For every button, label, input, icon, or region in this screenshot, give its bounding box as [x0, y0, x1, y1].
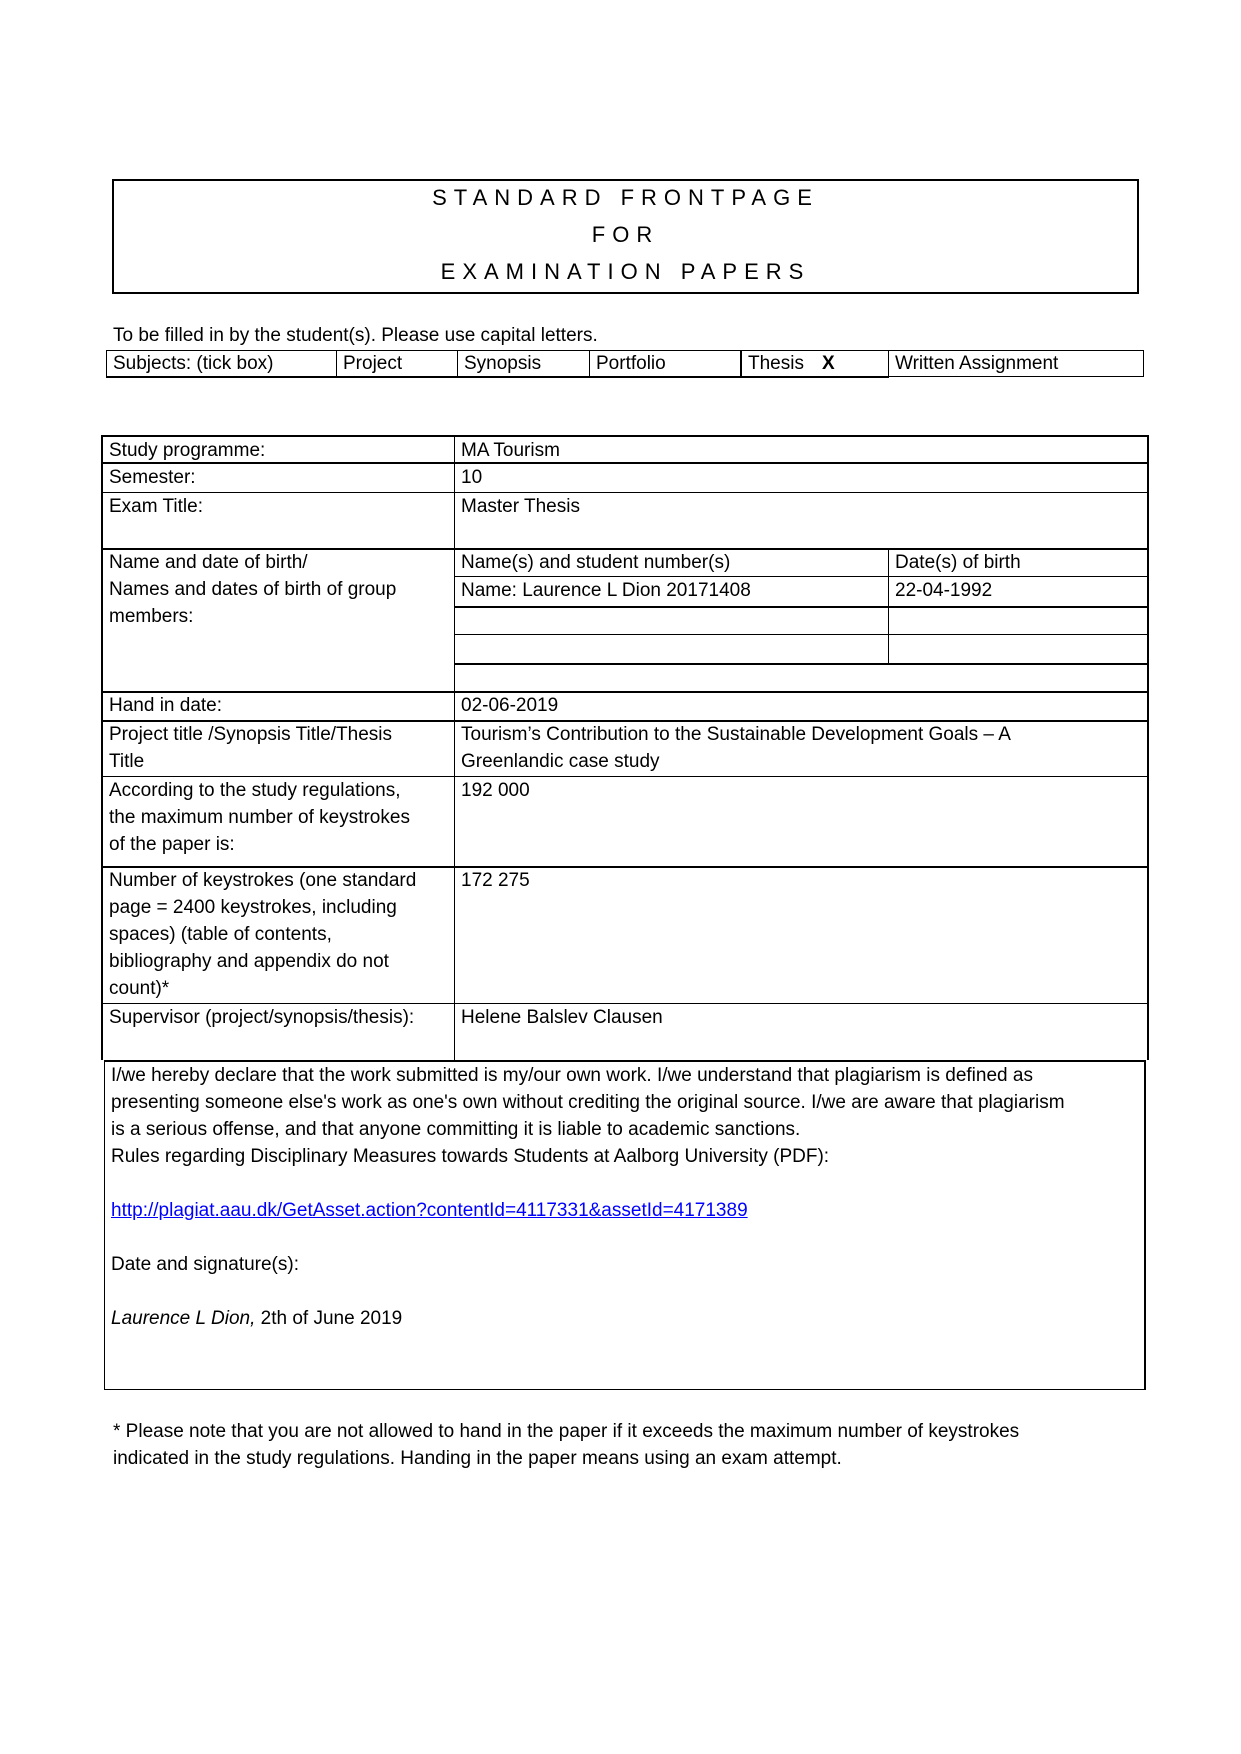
subjects-label: Subjects: (tick box)	[106, 350, 337, 378]
declaration-line-1: I/we hereby declare that the work submit…	[111, 1062, 1033, 1089]
tick-mark: X	[822, 353, 835, 374]
supervisor-value[interactable]: Helene Balslev Clausen	[455, 1004, 669, 1031]
intro-instructions: To be filled in by the student(s). Pleas…	[113, 322, 598, 349]
subject-option-portfolio[interactable]: Portfolio	[589, 350, 741, 378]
member-dob-1[interactable]: 22-04-1992	[889, 577, 998, 604]
title-line-1: STANDARD FRONTPAGE	[114, 183, 1137, 213]
subject-option-label: Project	[343, 353, 402, 374]
signature-label: Date and signature(s):	[111, 1251, 299, 1278]
signature-date: 2th of June 2019	[255, 1308, 402, 1329]
semester-value[interactable]: 10	[455, 464, 488, 491]
declaration-line-4: Rules regarding Disciplinary Measures to…	[111, 1143, 829, 1170]
hand-in-date-value[interactable]: 02-06-2019	[455, 692, 564, 719]
subject-option-thesis[interactable]: ThesisX	[740, 350, 889, 378]
member-name-3[interactable]	[455, 635, 888, 662]
subject-option-label: Synopsis	[464, 353, 541, 374]
exam-details-table: Study programme: MA Tourism Semester: 10…	[101, 435, 1149, 1060]
num-keystrokes-label-line-4: bibliography and appendix do not	[103, 948, 395, 975]
signature-line: Laurence L Dion, 2th of June 2019	[111, 1305, 402, 1332]
study-programme-value[interactable]: MA Tourism	[455, 437, 566, 464]
declaration-box: I/we hereby declare that the work submit…	[104, 1060, 1146, 1390]
title-line-2: FOR	[114, 220, 1137, 250]
members-col-names-header: Name(s) and student number(s)	[455, 549, 736, 576]
member-name-1[interactable]: Name: Laurence L Dion 20171408	[455, 577, 757, 604]
member-dob-3[interactable]	[889, 635, 1149, 662]
project-title-value-line-1[interactable]: Tourism’s Contribution to the Sustainabl…	[455, 721, 1017, 748]
num-keystrokes-label-line-2: page = 2400 keystrokes, including	[103, 894, 403, 921]
project-title-label-line-2: Title	[103, 748, 150, 775]
footnote-line-1: * Please note that you are not allowed t…	[113, 1418, 1019, 1445]
max-keystrokes-label-line-1: According to the study regulations,	[103, 777, 407, 804]
members-col-dates-header: Date(s) of birth	[889, 549, 1027, 576]
supervisor-label: Supervisor (project/synopsis/thesis):	[103, 1004, 420, 1031]
subject-option-label: Written Assignment	[895, 353, 1058, 374]
exam-title-value[interactable]: Master Thesis	[455, 493, 586, 520]
num-keystrokes-label-line-1: Number of keystrokes (one standard	[103, 867, 422, 894]
title-box: STANDARD FRONTPAGE FOR EXAMINATION PAPER…	[112, 179, 1139, 294]
subject-option-synopsis[interactable]: Synopsis	[457, 350, 590, 378]
study-programme-label: Study programme:	[103, 437, 271, 464]
project-title-label-line-1: Project title /Synopsis Title/Thesis	[103, 721, 398, 748]
hand-in-date-label: Hand in date:	[103, 692, 228, 719]
footnote-line-2: indicated in the study regulations. Hand…	[113, 1445, 842, 1472]
plagiarism-rules-link[interactable]: http://plagiat.aau.dk/GetAsset.action?co…	[111, 1197, 748, 1224]
subject-option-label: Thesis	[748, 353, 804, 374]
num-keystrokes-label-line-3: spaces) (table of contents,	[103, 921, 338, 948]
title-line-3: EXAMINATION PAPERS	[114, 257, 1137, 287]
subject-option-label: Portfolio	[596, 353, 666, 374]
max-keystrokes-label-line-2: the maximum number of keystrokes	[103, 804, 416, 831]
signature-name: Laurence L Dion,	[111, 1308, 255, 1329]
declaration-line-2: presenting someone else's work as one's …	[111, 1089, 1065, 1116]
members-label-line-1: Name and date of birth/	[103, 549, 314, 576]
declaration-line-3: is a serious offense, and that anyone co…	[111, 1116, 800, 1143]
exam-title-label: Exam Title:	[103, 493, 209, 520]
members-label-line-3: members:	[103, 603, 199, 630]
project-title-value-line-2[interactable]: Greenlandic case study	[455, 748, 666, 775]
members-label-line-2: Names and dates of birth of group	[103, 576, 402, 603]
num-keystrokes-label-line-5: count)*	[103, 975, 175, 1002]
semester-label: Semester:	[103, 464, 202, 491]
member-dob-2[interactable]	[889, 607, 1149, 634]
subject-option-written-assignment[interactable]: Written Assignment	[888, 350, 1144, 377]
num-keystrokes-value[interactable]: 172 275	[455, 867, 536, 894]
subject-option-project[interactable]: Project	[336, 350, 458, 378]
max-keystrokes-label-line-3: of the paper is:	[103, 831, 241, 858]
member-name-2[interactable]	[455, 607, 888, 634]
max-keystrokes-value[interactable]: 192 000	[455, 777, 536, 804]
